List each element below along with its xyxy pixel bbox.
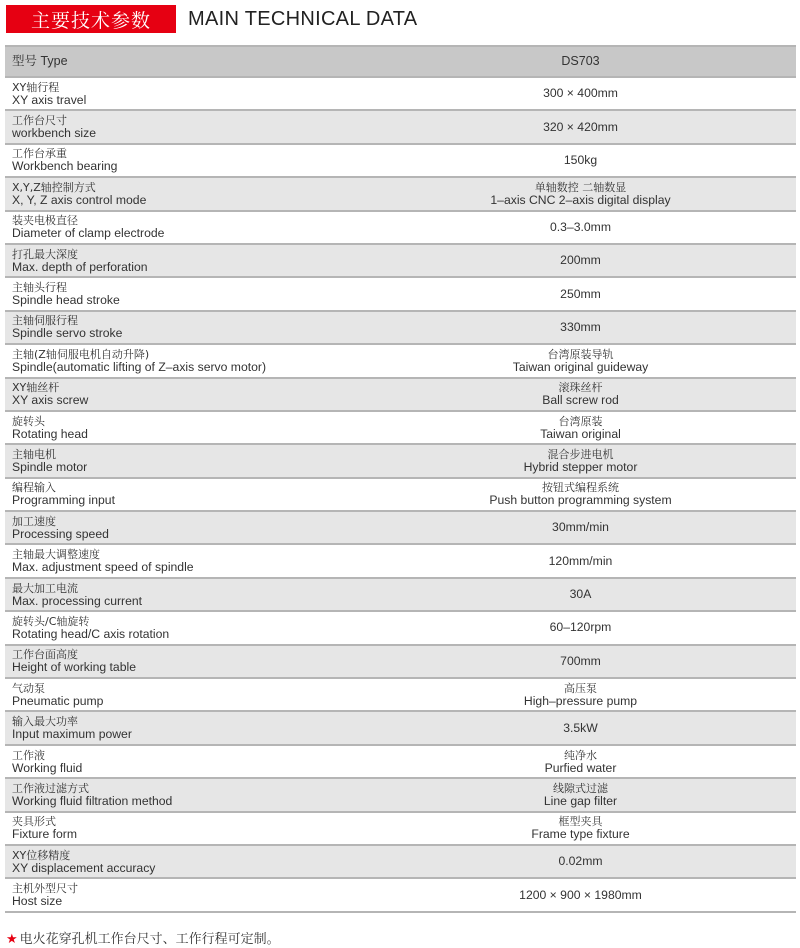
table-row: 工作台面高度Height of working table700mm [5, 646, 796, 679]
spec-label-cn: 加工速度 [12, 515, 405, 528]
spec-value-en: Frame type fixture [405, 828, 756, 841]
spec-value-en: Purfied water [405, 762, 756, 775]
spec-value-en: Taiwan original [405, 428, 756, 441]
spec-label-en: XY axis screw [12, 394, 405, 407]
spec-label: X,Y,Z轴控制方式X, Y, Z axis control mode [5, 181, 405, 207]
spec-value-en: 330mm [405, 321, 756, 334]
spec-label-en: Spindle servo stroke [12, 327, 405, 340]
spec-label-en: Input maximum power [12, 728, 405, 741]
spec-label: 主轴头行程Spindle head stroke [5, 281, 405, 307]
table-row: 工作液过滤方式Working fluid filtration method线隙… [5, 779, 796, 812]
spec-value: 320 × 420mm [405, 121, 796, 134]
spec-value: 台湾原装导轨Taiwan original guideway [405, 348, 796, 374]
spec-value-en: 320 × 420mm [405, 121, 756, 134]
table-row: 输入最大功率Input maximum power3.5kW [5, 712, 796, 745]
spec-value: 700mm [405, 655, 796, 668]
spec-label: 加工速度Processing speed [5, 515, 405, 541]
spec-value-en: Push button programming system [405, 494, 756, 507]
spec-label-cn: X,Y,Z轴控制方式 [12, 181, 405, 194]
spec-label: 主机外型尺寸Host size [5, 882, 405, 908]
spec-value: 高压泵High–pressure pump [405, 682, 796, 708]
spec-value: 30mm/min [405, 521, 796, 534]
spec-value-en: 1–axis CNC 2–axis digital display [405, 194, 756, 207]
spec-label: 输入最大功率Input maximum power [5, 715, 405, 741]
table-header-row: 型号 Type DS703 [5, 45, 796, 78]
table-row: 夹具形式Fixture form框型夹具Frame type fixture [5, 813, 796, 846]
table-row: XY位移精度XY displacement accuracy0.02mm [5, 846, 796, 879]
spec-value: 0.02mm [405, 855, 796, 868]
spec-label: 编程输入Programming input [5, 481, 405, 507]
spec-value: 330mm [405, 321, 796, 334]
spec-value-en: 0.3–3.0mm [405, 221, 756, 234]
table-row: 工作液Working fluid纯净水Purfied water [5, 746, 796, 779]
spec-label: 工作液Working fluid [5, 749, 405, 775]
spec-label-en: XY axis travel [12, 94, 405, 107]
spec-value: 单轴数控 二轴数显1–axis CNC 2–axis digital displ… [405, 181, 796, 207]
spec-value: 按钮式编程系统Push button programming system [405, 481, 796, 507]
spec-label-en: Processing speed [12, 528, 405, 541]
spec-value-en: 0.02mm [405, 855, 756, 868]
spec-label-en: Pneumatic pump [12, 695, 405, 708]
spec-value: 30A [405, 588, 796, 601]
spec-label-cn: 气动泵 [12, 682, 405, 695]
spec-label-en: Height of working table [12, 661, 405, 674]
spec-label-en: Rotating head [12, 428, 405, 441]
spec-value: 线隙式过滤Line gap filter [405, 782, 796, 808]
footnote-text: 电火花穿孔机工作台尺寸、工作行程可定制。 [20, 932, 280, 947]
spec-label: 气动泵Pneumatic pump [5, 682, 405, 708]
table-row: 装夹电极直径Diameter of clamp electrode0.3–3.0… [5, 212, 796, 245]
spec-label: XY轴行程XY axis travel [5, 81, 405, 107]
table-row: 最大加工电流Max. processing current30A [5, 579, 796, 612]
spec-label-cn: 旋转头 [12, 415, 405, 428]
spec-value: 混合步进电机Hybrid stepper motor [405, 448, 796, 474]
spec-value-en: 60–120rpm [405, 621, 756, 634]
spec-value-en: 3.5kW [405, 722, 756, 735]
spec-value-en: 30A [405, 588, 756, 601]
spec-label-en: Rotating head/C axis rotation [12, 628, 405, 641]
spec-label-en: Workbench bearing [12, 160, 405, 173]
table-row: XY轴丝杆XY axis screw滚珠丝杆Ball screw rod [5, 379, 796, 412]
title-en: MAIN TECHNICAL DATA [188, 8, 417, 31]
table-row: 编程输入Programming input按钮式编程系统Push button … [5, 479, 796, 512]
table-row: 主轴最大调整速度Max. adjustment speed of spindle… [5, 545, 796, 578]
spec-table: 型号 Type DS703 XY轴行程XY axis travel300 × 4… [5, 45, 796, 913]
table-row: 加工速度Processing speed30mm/min [5, 512, 796, 545]
spec-label: XY轴丝杆XY axis screw [5, 381, 405, 407]
spec-label: 工作台尺寸workbench size [5, 114, 405, 140]
spec-label-cn: 工作液 [12, 749, 405, 762]
spec-label-cn: 打孔最大深度 [12, 248, 405, 261]
spec-label: 装夹电极直径Diameter of clamp electrode [5, 214, 405, 240]
spec-value: 台湾原装Taiwan original [405, 415, 796, 441]
spec-value: 1200 × 900 × 1980mm [405, 889, 796, 902]
spec-value: 框型夹具Frame type fixture [405, 815, 796, 841]
spec-label-en: workbench size [12, 127, 405, 140]
spec-label-en: Max. depth of perforation [12, 261, 405, 274]
spec-label: 主轴最大调整速度Max. adjustment speed of spindle [5, 548, 405, 574]
spec-label-cn: 旋转头/C轴旋转 [12, 615, 405, 628]
spec-label: 旋转头Rotating head [5, 415, 405, 441]
spec-label: 打孔最大深度Max. depth of perforation [5, 248, 405, 274]
spec-label: 工作台承重Workbench bearing [5, 147, 405, 173]
spec-value: 150kg [405, 154, 796, 167]
spec-value-cn: 纯净水 [405, 749, 756, 762]
spec-value: 3.5kW [405, 722, 796, 735]
spec-value-en: Hybrid stepper motor [405, 461, 756, 474]
spec-label-en: Spindle(automatic lifting of Z–axis serv… [12, 361, 405, 374]
table-row: 旋转头/C轴旋转Rotating head/C axis rotation60–… [5, 612, 796, 645]
spec-value: 滚珠丝杆Ball screw rod [405, 381, 796, 407]
spec-value-en: Line gap filter [405, 795, 756, 808]
table-body: XY轴行程XY axis travel300 × 400mm工作台尺寸workb… [5, 78, 796, 913]
table-row: 主机外型尺寸Host size1200 × 900 × 1980mm [5, 879, 796, 912]
star-icon: ★ [6, 932, 18, 947]
spec-label: 最大加工电流Max. processing current [5, 582, 405, 608]
table-row: 旋转头Rotating head台湾原装Taiwan original [5, 412, 796, 445]
spec-value-cn: 高压泵 [405, 682, 756, 695]
spec-value: 60–120rpm [405, 621, 796, 634]
spec-label: 工作台面高度Height of working table [5, 648, 405, 674]
spec-value: 120mm/min [405, 555, 796, 568]
spec-value: 200mm [405, 254, 796, 267]
spec-label-cn: XY位移精度 [12, 849, 405, 862]
spec-value-cn: 单轴数控 二轴数显 [405, 181, 756, 194]
spec-value: 纯净水Purfied water [405, 749, 796, 775]
spec-value-en: 700mm [405, 655, 756, 668]
spec-value-en: 300 × 400mm [405, 87, 756, 100]
spec-value-en: 1200 × 900 × 1980mm [405, 889, 756, 902]
spec-label: 工作液过滤方式Working fluid filtration method [5, 782, 405, 808]
table-row: 工作台尺寸workbench size320 × 420mm [5, 111, 796, 144]
spec-value-en: 250mm [405, 288, 756, 301]
spec-label-en: Host size [12, 895, 405, 908]
spec-label-en: Spindle motor [12, 461, 405, 474]
spec-value-en: 150kg [405, 154, 756, 167]
table-row: 主轴电机Spindle motor混合步进电机Hybrid stepper mo… [5, 445, 796, 478]
spec-value-cn: 线隙式过滤 [405, 782, 756, 795]
spec-value-en: 200mm [405, 254, 756, 267]
spec-label: 主轴伺服行程Spindle servo stroke [5, 314, 405, 340]
spec-value-cn: 台湾原装 [405, 415, 756, 428]
spec-label-en: Max. adjustment speed of spindle [12, 561, 405, 574]
table-row: 打孔最大深度Max. depth of perforation200mm [5, 245, 796, 278]
spec-value: 250mm [405, 288, 796, 301]
spec-label-en: Max. processing current [12, 595, 405, 608]
spec-label-cn: 最大加工电流 [12, 582, 405, 595]
spec-label-cn: 主轴(Z轴伺服电机自动升降) [12, 348, 405, 361]
spec-value: 0.3–3.0mm [405, 221, 796, 234]
table-row: 主轴头行程Spindle head stroke250mm [5, 278, 796, 311]
spec-label: XY位移精度XY displacement accuracy [5, 849, 405, 875]
spec-label: 主轴(Z轴伺服电机自动升降)Spindle(automatic lifting … [5, 348, 405, 374]
spec-value: 300 × 400mm [405, 87, 796, 100]
title-cn-banner: 主要技术参数 [6, 5, 176, 33]
spec-label-en: XY displacement accuracy [12, 862, 405, 875]
table-row: 主轴伺服行程Spindle servo stroke330mm [5, 312, 796, 345]
table-row: 工作台承重Workbench bearing150kg [5, 145, 796, 178]
spec-label-cn: 工作液过滤方式 [12, 782, 405, 795]
header-label: 型号 Type [5, 55, 405, 68]
footnote: ★电火花穿孔机工作台尺寸、工作行程可定制。 [6, 928, 280, 947]
spec-label-cn: XY轴行程 [12, 81, 405, 94]
spec-label-en: Spindle head stroke [12, 294, 405, 307]
spec-label: 主轴电机Spindle motor [5, 448, 405, 474]
spec-label: 夹具形式Fixture form [5, 815, 405, 841]
spec-label-en: Programming input [12, 494, 405, 507]
spec-label: 旋转头/C轴旋转Rotating head/C axis rotation [5, 615, 405, 641]
spec-label-en: X, Y, Z axis control mode [12, 194, 405, 207]
spec-value-en: Taiwan original guideway [405, 361, 756, 374]
title-bar: 主要技术参数 MAIN TECHNICAL DATA [6, 5, 417, 33]
header-value: DS703 [405, 55, 796, 68]
spec-label-en: Working fluid [12, 762, 405, 775]
table-row: 主轴(Z轴伺服电机自动升降)Spindle(automatic lifting … [5, 345, 796, 378]
spec-label-en: Fixture form [12, 828, 405, 841]
spec-value-en: Ball screw rod [405, 394, 756, 407]
spec-label-en: Diameter of clamp electrode [12, 227, 405, 240]
table-row: XY轴行程XY axis travel300 × 400mm [5, 78, 796, 111]
table-row: 气动泵Pneumatic pump高压泵High–pressure pump [5, 679, 796, 712]
spec-value-cn: 台湾原装导轨 [405, 348, 756, 361]
spec-value-en: High–pressure pump [405, 695, 756, 708]
spec-value-en: 30mm/min [405, 521, 756, 534]
spec-value-en: 120mm/min [405, 555, 756, 568]
table-row: X,Y,Z轴控制方式X, Y, Z axis control mode单轴数控 … [5, 178, 796, 211]
spec-label-en: Working fluid filtration method [12, 795, 405, 808]
spec-label-cn: 主机外型尺寸 [12, 882, 405, 895]
